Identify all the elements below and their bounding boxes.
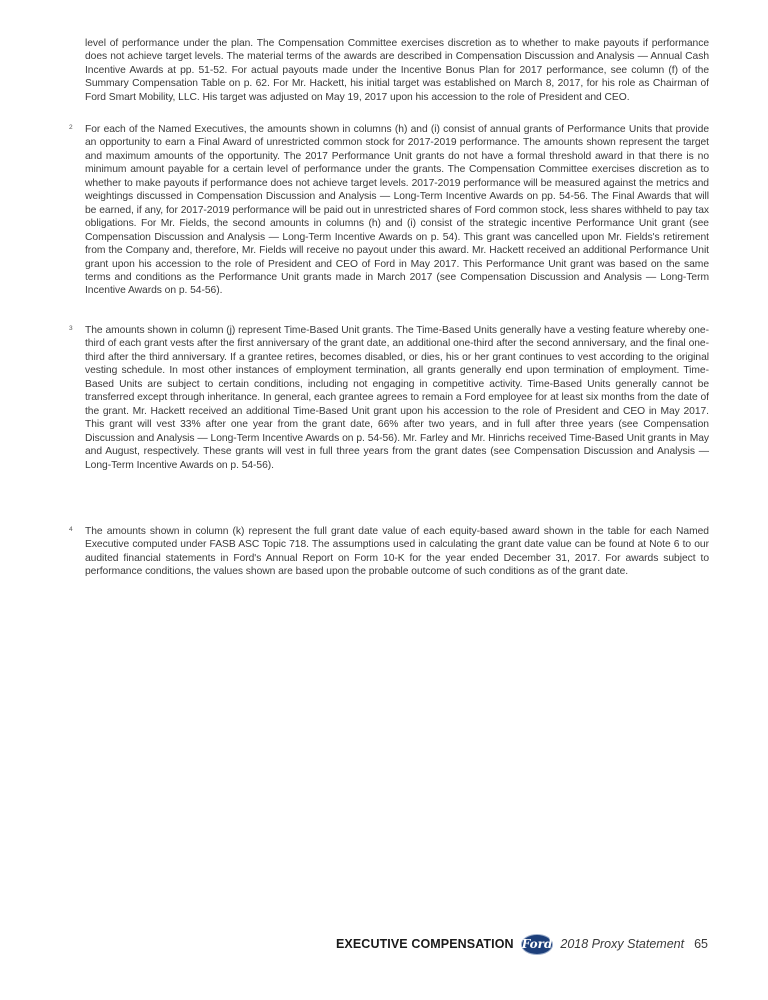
footnote-number: 4 [69,526,73,533]
page-number: 65 [694,937,708,951]
footnote-2-text: For each of the Named Executives, the am… [85,123,709,298]
footnote-4-text: The amounts shown in column (k) represen… [85,525,709,579]
page-footer: EXECUTIVE COMPENSATION Ford 2018 Proxy S… [336,933,708,955]
document-page: level of performance under the plan. The… [0,0,768,1000]
footnote-number: 2 [69,124,73,131]
logo-text: Ford [522,937,553,951]
footnote-3-text: The amounts shown in column (j) represen… [85,324,709,472]
footer-document-title: 2018 Proxy Statement [560,937,684,951]
continued-footnote-text: level of performance under the plan. The… [85,37,709,104]
ford-logo-icon: Ford [521,934,554,955]
footer-section-title: EXECUTIVE COMPENSATION [336,937,514,951]
footnote-number: 3 [69,325,73,332]
